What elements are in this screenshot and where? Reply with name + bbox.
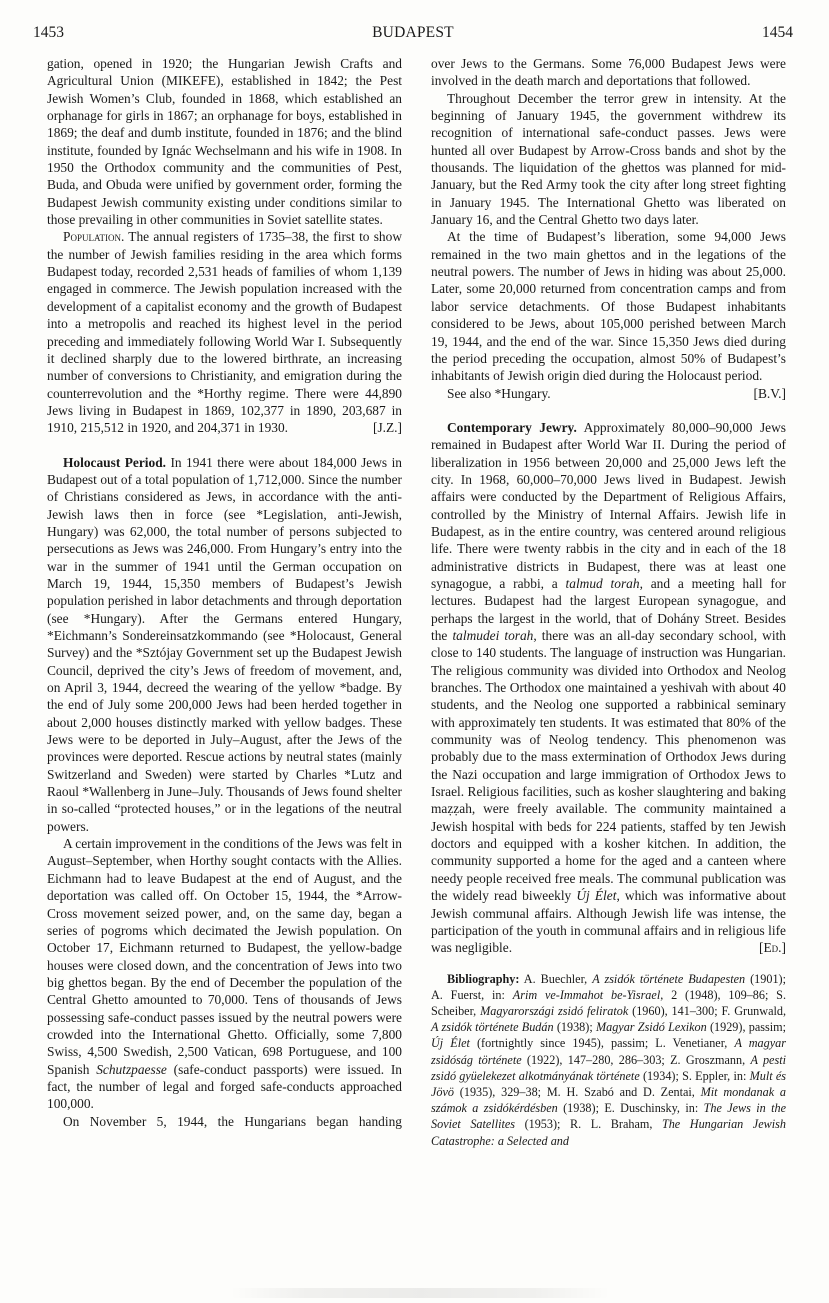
holocaust-text-2a: A certain improvement in the conditions … [47, 836, 402, 1076]
see-also-line: See also *Hungary.[B.V.] [431, 385, 786, 402]
holocaust-heading: Holocaust Period. [63, 455, 166, 470]
contemporary-text-a: Approximately 80,000–90,000 Jews remaine… [431, 420, 786, 591]
page-header: 1453 BUDAPEST 1454 [33, 24, 793, 48]
holocaust-paragraph-3: On November 5, 1944, the Hungarians bega… [47, 1113, 402, 1130]
bibliography-title: A zsidók története Budán [431, 1020, 554, 1034]
bibliography-entries: A. Buechler, A zsidók története Budapest… [431, 972, 786, 1148]
population-heading: Population [63, 229, 121, 244]
bibliography-title: Magyar Zsidó Lexikon [596, 1020, 707, 1034]
talmudei-torah-term: talmudei torah [452, 628, 533, 643]
bibliography-text: (1938); [554, 1020, 596, 1034]
bibliography-text: (1938); E. Duschinsky, in: [558, 1101, 704, 1115]
holocaust-paragraph-2: A certain improvement in the conditions … [47, 835, 402, 1113]
bibliography-text: (1934); S. Eppler, in: [640, 1069, 750, 1083]
liberation-paragraph: At the time of Budapest’s liberation, so… [431, 228, 786, 384]
bibliography-text: (1935), 329–38; M. H. Szabó and D. Zenta… [454, 1085, 701, 1099]
see-also-text: See also *Hungary. [447, 386, 551, 401]
page-number-right: 1454 [762, 24, 793, 42]
talmud-torah-term: talmud torah [566, 576, 640, 591]
schutzpaesse-term: Schutzpaesse [96, 1062, 167, 1077]
scan-smudge [230, 1288, 610, 1298]
continuation-paragraph: over Jews to the Germans. Some 76,000 Bu… [431, 55, 786, 90]
bibliography-title: Arim ve-Immahot be-Yisrael [513, 988, 660, 1002]
contemporary-signature-text: [Ed.] [759, 940, 786, 955]
population-text: . The annual registers of 1735–38, the f… [47, 229, 402, 435]
holocaust-text-1: In 1941 there were about 184,000 Jews in… [47, 455, 402, 834]
contemporary-text-c: , there was an all-day secondary school,… [431, 628, 786, 903]
bibliography-title: A zsidók története Budapesten [592, 972, 745, 986]
uj-elet-term: Új Élet [576, 888, 616, 903]
population-signature: [J.Z.] [373, 419, 402, 436]
bibliography-title: Magyarországi zsidó feliratok [480, 1004, 628, 1018]
bibliography-text: (1929), passim; [707, 1020, 786, 1034]
see-also-signature: [B.V.] [754, 385, 787, 402]
december-paragraph: Throughout December the terror grew in i… [431, 90, 786, 229]
bibliography-text: (1960), 141–300; F. Grunwald, [628, 1004, 786, 1018]
bibliography-text: (fortnightly since 1945), passim; L. Ven… [470, 1036, 735, 1050]
bibliography-text: (1953); R. L. Braham, [515, 1117, 662, 1131]
intro-paragraph: gation, opened in 1920; the Hungarian Je… [47, 55, 402, 228]
bibliography-paragraph: Bibliography: A. Buechler, A zsidók tört… [431, 971, 786, 1149]
bibliography-heading: Bibliography: [447, 972, 519, 986]
left-column: gation, opened in 1920; the Hungarian Je… [47, 55, 402, 1130]
contemporary-heading: Contemporary Jewry. [447, 420, 577, 435]
running-title: BUDAPEST [33, 24, 793, 42]
bibliography-text: A. Buechler, [519, 972, 592, 986]
holocaust-paragraph-1: Holocaust Period. In 1941 there were abo… [47, 454, 402, 836]
right-column: over Jews to the Germans. Some 76,000 Bu… [431, 55, 786, 1149]
population-paragraph: Population. The annual registers of 1735… [47, 228, 402, 436]
contemporary-signature: [Ed.] [759, 939, 786, 956]
bibliography: Bibliography: A. Buechler, A zsidók tört… [431, 971, 786, 1149]
bibliography-title: Új Élet [431, 1036, 470, 1050]
bibliography-text: (1922), 147–280, 286–303; Z. Groszmann, [522, 1053, 751, 1067]
contemporary-paragraph: Contemporary Jewry. Approximately 80,000… [431, 419, 786, 957]
